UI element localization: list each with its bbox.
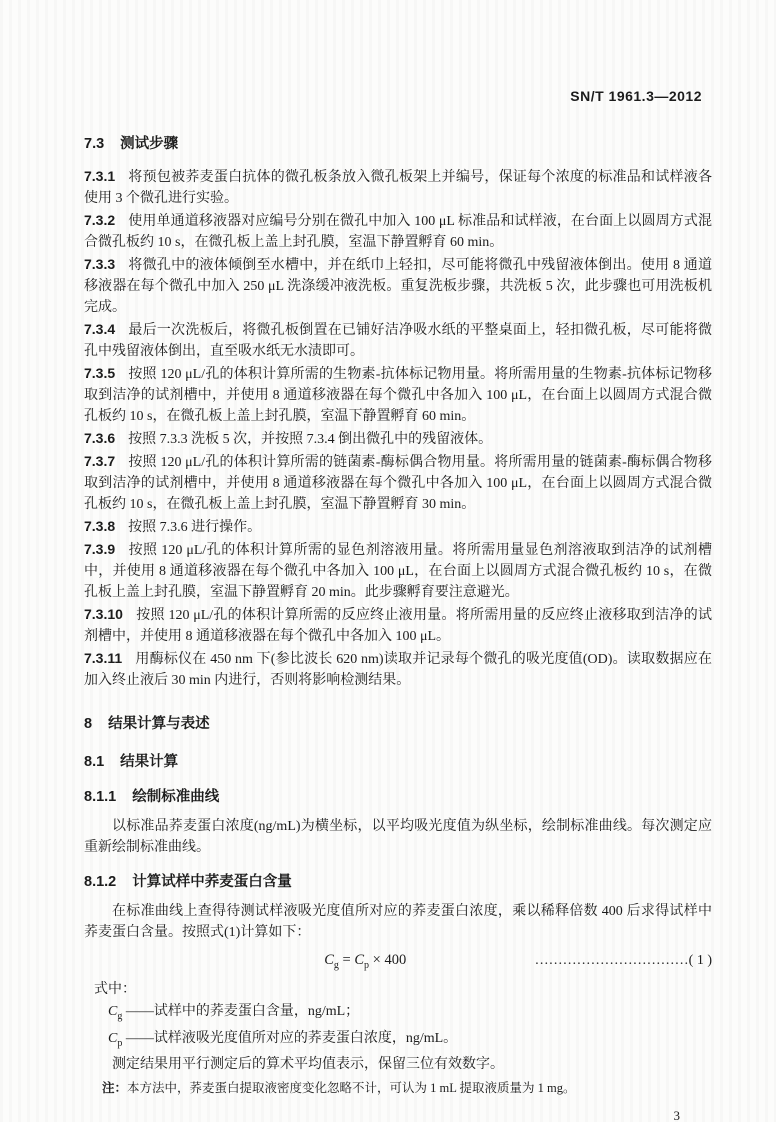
clause-7-3-5: 7.3.5按照 120 μL/孔的体积计算所需的生物素-抗体标记物用量。将所需用…	[84, 363, 712, 427]
section-number: 8.1.2	[84, 874, 116, 890]
page-number: 3	[84, 1105, 712, 1122]
section-title: 计算试样中荞麦蛋白含量	[132, 874, 292, 890]
clause-list: 7.3.1将预包被荞麦蛋白抗体的微孔板条放入微孔板架上并编号，保证每个浓度的标准…	[84, 166, 712, 691]
note-text: 本方法中，荞麦蛋白提取液密度变化忽略不计，可认为 1 mL 提取液质量为 1 m…	[127, 1081, 576, 1095]
section-7-3-heading: 7.3测试步骤	[84, 133, 712, 155]
clause-7-3-9: 7.3.9按照 120 μL/孔的体积计算所需的显色剂溶液用量。将所需用量显色剂…	[84, 539, 712, 603]
clause-number: 7.3.3	[84, 256, 115, 272]
clause-number: 7.3.9	[84, 541, 115, 557]
clause-7-3-2: 7.3.2使用单通道移液器对应编号分别在微孔中加入 100 μL 标准品和试样液…	[84, 210, 712, 253]
formula-equals: =	[339, 952, 354, 968]
paragraph-8-1-1: 以标准品荞麦蛋白浓度(ng/mL)为横坐标，以平均吸光度值为纵坐标，绘制标准曲线…	[84, 816, 712, 858]
definition-text: ——试样液吸光度值所对应的荞麦蛋白浓度，ng/mL。	[122, 1031, 457, 1046]
definition-var: C	[108, 1004, 117, 1019]
section-8-heading: 8结果计算与表述	[84, 713, 712, 735]
paragraph-8-1-2: 在标准曲线上查得待测试样液吸光度值所对应的荞麦蛋白浓度，乘以稀释倍数 400 后…	[84, 901, 712, 943]
definition-text: ——试样中的荞麦蛋白含量，ng/mL；	[122, 1004, 359, 1019]
section-title: 结果计算	[120, 754, 178, 770]
where-label: 式中：	[94, 979, 712, 1000]
clause-7-3-3: 7.3.3将微孔中的液体倾倒至水槽中，并在纸巾上轻扣，尽可能将微孔中残留液体倒出…	[84, 254, 712, 318]
definition-var: C	[108, 1031, 117, 1046]
clause-number: 7.3.8	[84, 518, 115, 534]
clause-text: 将微孔中的液体倾倒至水槽中，并在纸巾上轻扣，尽可能将微孔中残留液体倒出。使用 8…	[84, 258, 712, 315]
formula-rhs-var: C	[354, 952, 364, 968]
note-label: 注：	[102, 1081, 127, 1095]
note: 注：本方法中，荞麦蛋白提取液密度变化忽略不计，可认为 1 mL 提取液质量为 1…	[102, 1079, 712, 1097]
clause-number: 7.3.11	[84, 650, 122, 666]
section-number: 7.3	[84, 136, 104, 152]
clause-number: 7.3.5	[84, 365, 115, 381]
clause-text: 按照 120 μL/孔的体积计算所需的显色剂溶液用量。将所需用量显色剂溶液取到洁…	[84, 543, 712, 600]
clause-7-3-11: 7.3.11用酶标仪在 450 nm 下(参比波长 620 nm)读取并记录每个…	[84, 648, 712, 691]
clause-text: 最后一次洗板后，将微孔板倒置在已铺好洁净吸水纸的平整桌面上，轻扣微孔板，尽可能将…	[84, 323, 712, 359]
clause-number: 7.3.7	[84, 453, 115, 469]
standard-code: SN/T 1961.3—2012	[84, 86, 712, 107]
clause-text: 按照 120 μL/孔的体积计算所需的链菌素-酶标偶合物用量。将所需用量的链菌素…	[84, 455, 712, 512]
clause-text: 按照 120 μL/孔的体积计算所需的反应终止液用量。将所需用量的反应终止液移取…	[84, 608, 712, 644]
equation-number: ( 1 )	[689, 953, 712, 968]
clause-text: 按照 7.3.3 洗板 5 次，并按照 7.3.4 倒出微孔中的残留液体。	[128, 432, 492, 447]
document-page: SN/T 1961.3—2012 7.3测试步骤 7.3.1将预包被荞麦蛋白抗体…	[0, 0, 776, 1122]
section-number: 8	[84, 716, 92, 732]
clause-number: 7.3.1	[84, 168, 115, 184]
section-title: 结果计算与表述	[108, 716, 210, 732]
clause-text: 用酶标仪在 450 nm 下(参比波长 620 nm)读取并记录每个微孔的吸光度…	[84, 652, 712, 688]
definition-cg: Cg ——试样中的荞麦蛋白含量，ng/mL；	[108, 1001, 712, 1027]
clause-7-3-4: 7.3.4最后一次洗板后，将微孔板倒置在已铺好洁净吸水纸的平整桌面上，轻扣微孔板…	[84, 319, 712, 362]
clause-number: 7.3.6	[84, 430, 115, 446]
clause-7-3-6: 7.3.6按照 7.3.3 洗板 5 次，并按照 7.3.4 倒出微孔中的残留液…	[84, 428, 712, 450]
clause-text: 按照 7.3.6 进行操作。	[128, 520, 261, 535]
section-title: 测试步骤	[120, 136, 178, 152]
equation-leader: ……………………………( 1 )	[406, 950, 712, 971]
section-8-1-2-heading: 8.1.2计算试样中荞麦蛋白含量	[84, 871, 712, 893]
equation-1-row: Cg = Cp × 400 ……………………………( 1 )	[84, 950, 712, 976]
section-number: 8.1.1	[84, 789, 116, 805]
definition-cp: Cp ——试样液吸光度值所对应的荞麦蛋白浓度，ng/mL。	[108, 1028, 712, 1054]
formula-lhs-var: C	[324, 952, 334, 968]
clause-7-3-10: 7.3.10按照 120 μL/孔的体积计算所需的反应终止液用量。将所需用量的反…	[84, 604, 712, 647]
clause-number: 7.3.4	[84, 321, 115, 337]
section-number: 8.1	[84, 754, 104, 770]
clause-7-3-1: 7.3.1将预包被荞麦蛋白抗体的微孔板条放入微孔板架上并编号，保证每个浓度的标准…	[84, 166, 712, 209]
clause-7-3-8: 7.3.8按照 7.3.6 进行操作。	[84, 516, 712, 538]
equation-1: Cg = Cp × 400	[324, 950, 406, 976]
section-title: 绘制标准曲线	[132, 789, 219, 805]
clause-text: 使用单通道移液器对应编号分别在微孔中加入 100 μL 标准品和试样液，在台面上…	[84, 214, 712, 250]
result-statement: 测定结果用平行测定后的算术平均值表示，保留三位有效数字。	[84, 1054, 712, 1075]
clause-text: 将预包被荞麦蛋白抗体的微孔板条放入微孔板架上并编号，保证每个浓度的标准品和试样液…	[84, 170, 712, 206]
section-8-1-heading: 8.1结果计算	[84, 751, 712, 773]
section-8-1-1-heading: 8.1.1绘制标准曲线	[84, 786, 712, 808]
clause-number: 7.3.2	[84, 212, 115, 228]
formula-factor: × 400	[369, 952, 406, 968]
clause-number: 7.3.10	[84, 606, 123, 622]
clause-7-3-7: 7.3.7按照 120 μL/孔的体积计算所需的链菌素-酶标偶合物用量。将所需用…	[84, 451, 712, 515]
leader-dots: ……………………………	[535, 953, 689, 968]
clause-text: 按照 120 μL/孔的体积计算所需的生物素-抗体标记物用量。将所需用量的生物素…	[84, 367, 712, 424]
